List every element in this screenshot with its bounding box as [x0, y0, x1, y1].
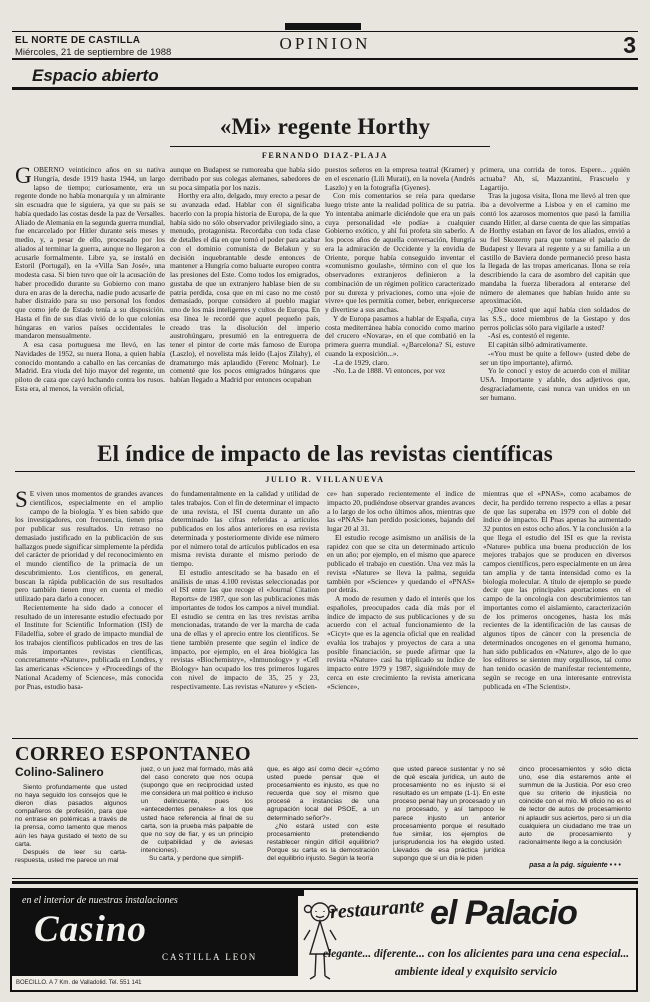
paragraph: -«You must be quite a fellow» (usted deb… — [480, 350, 630, 368]
paragraph: Recientemente ha sido dado a conocer el … — [15, 604, 163, 692]
palacio-line1: elegante... diferente... con los alicien… — [318, 948, 634, 960]
correo-column-3: que, es algo así como decir «¿cómo usted… — [267, 766, 379, 874]
paragraph: que, es algo así como decir «¿cómo usted… — [267, 766, 379, 823]
article2-first-para: E viven unos momentos de grandes avances… — [15, 490, 163, 603]
paragraph: aunque en Budapest se rumoreaba que habí… — [170, 166, 320, 192]
section-bar — [285, 23, 361, 30]
paragraph: El estudio antescitado se ha basado en e… — [171, 569, 319, 692]
article1-dropcap: G — [15, 166, 34, 185]
article2-title: El índice de impacto de las revistas cie… — [0, 441, 650, 467]
paragraph: Yo le conocí y estoy de acuerdo con el m… — [480, 367, 630, 402]
paragraph: juez, o un juez mal formado, más allá de… — [141, 766, 253, 855]
space-rule — [12, 87, 638, 90]
paragraph: ¿No estará usted con este procesamiento … — [267, 823, 379, 863]
article1-title-rule — [170, 146, 490, 147]
article1-column-2: aunque en Budapest se rumoreaba que habí… — [170, 166, 320, 429]
paragraph: Horthy era alto, delgado, muy erecto a p… — [170, 192, 320, 385]
paragraph: -¿Dice usted que aquí había cien soldado… — [480, 306, 630, 332]
article2-column-1: SE viven unos momentos de grandes avance… — [15, 490, 163, 743]
footer-rule-thick — [12, 881, 638, 884]
correo-column-4: que usted parece sustentar y no sé de qu… — [393, 766, 505, 874]
correo-continuation: pasa a la pág. siguiente • • • — [519, 861, 631, 870]
paragraph: do fundamentalmente en la calidad y util… — [171, 490, 319, 569]
header-rule — [12, 58, 638, 60]
article1-column-3: puestos señeros en la empresa teatral (K… — [325, 166, 475, 429]
article1-first-para: OBERNO veinticinco años en su nativa Hun… — [15, 166, 165, 340]
paragraph: Tras la jugosa visita, Ilona me llevó al… — [480, 192, 630, 306]
paragraph: mientras que el «PNAS», como acabamos de… — [483, 490, 631, 691]
article2-title-rule — [15, 471, 635, 472]
palacio-brand: el Palacio — [430, 894, 577, 933]
correo-subhead: Colino-Salinero — [15, 765, 104, 779]
correo-column-5: cinco procesamientos y sólo dicta uno, e… — [519, 766, 631, 874]
casino-brand: Casino — [34, 908, 147, 951]
correo-column-1: Siento profundamente que usted no haya s… — [15, 784, 127, 874]
section-title: OPINION — [0, 34, 650, 54]
paragraph: Su carta, y perdone que simplifi- — [141, 855, 253, 863]
casino-panel: en el interior de nuestras instalaciones… — [12, 890, 304, 976]
article2-column-2: do fundamentalmente en la calidad y util… — [171, 490, 319, 743]
casino-tagline: en el interior de nuestras instalaciones — [22, 895, 178, 906]
article1-column-1: GOBERNO veinticinco años en su nativa Hu… — [15, 166, 165, 429]
article2-column-3: ce» han superado recientemente el índice… — [327, 490, 475, 743]
article2-byline: JULIO R. VILLANUEVA — [0, 475, 650, 484]
paragraph: -No. La de 1888. Vi entonces, por vez — [325, 367, 475, 376]
paragraph: A modo de resumen y dado el interés que … — [327, 595, 475, 691]
article1-column-4: primera, una corrida de toros. Espere...… — [480, 166, 630, 429]
correo-top-rule — [12, 738, 638, 739]
paragraph: primera, una corrida de toros. Espere...… — [480, 166, 630, 192]
advertisement: en el interior de nuestras instalaciones… — [10, 888, 638, 992]
article2-column-4: mientras que el «PNAS», como acabamos de… — [483, 490, 631, 743]
paragraph: A esa casa portuguesa me llevó, en las N… — [15, 341, 165, 394]
correo-heading: CORREO ESPONTANEO — [15, 743, 251, 766]
paragraph: Con mis comentarios se reía para quedars… — [325, 192, 475, 315]
top-rule — [12, 31, 638, 32]
page-number: 3 — [623, 32, 636, 59]
footer-rule-thin — [12, 878, 638, 879]
casino-address: BOECILLO. A 7 Km. de Valladolid. Tel. 55… — [16, 979, 306, 987]
casino-sub: CASTILLA LEON — [162, 952, 257, 962]
paragraph: Siento profundamente que usted no haya s… — [15, 784, 127, 849]
space-label: Espacio abierto — [32, 66, 159, 86]
correo-column-2: juez, o un juez mal formado, más allá de… — [141, 766, 253, 874]
paragraph: ce» han superado recientemente el índice… — [327, 490, 475, 534]
paragraph: puestos señeros en la empresa teatral (K… — [325, 166, 475, 192]
paragraph: Después de leer su carta-respuesta, uste… — [15, 849, 127, 865]
article2-dropcap: S — [15, 490, 30, 509]
paragraph: Y de Europa pasamos a hablar de España, … — [325, 315, 475, 359]
paragraph: que usted parece sustentar y no sé de qu… — [393, 766, 505, 863]
palacio-line2: ambiente ideal y exquisito servicio — [318, 966, 634, 978]
paragraph: El estudio recoge asimismo un análisis d… — [327, 534, 475, 595]
article1-byline: FERNANDO DIAZ-PLAJA — [0, 151, 650, 160]
article1-title: «Mi» regente Horthy — [0, 114, 650, 140]
paragraph: cinco procesamientos y sólo dicta uno, e… — [519, 766, 631, 847]
palacio-pre: restaurante — [329, 895, 425, 925]
